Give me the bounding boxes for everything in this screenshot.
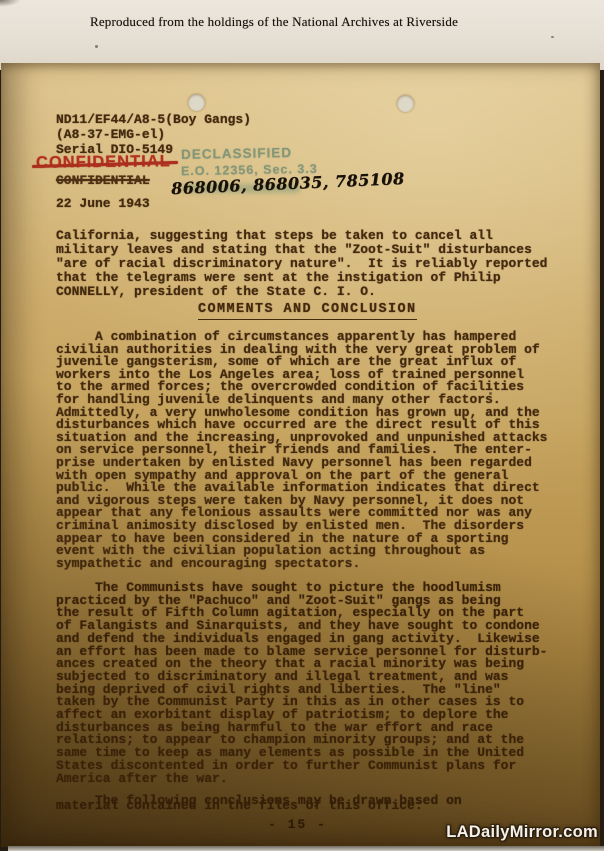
- declassified-stamp-line1: DECLASSIFIED: [181, 145, 292, 162]
- photo-corner-shadow: [0, 0, 46, 9]
- paper-speck: [208, 726, 211, 729]
- paragraph-1: California, suggesting that steps be tak…: [56, 229, 547, 299]
- photo-edge-bottom: [8, 846, 604, 851]
- paper-speck: [95, 45, 98, 48]
- page-number: - 15 -: [268, 817, 327, 832]
- backing-sheet: [0, 0, 604, 70]
- watermark: LADailyMirror.com: [446, 823, 598, 842]
- overlap-line-b: material contained in the files of this …: [56, 798, 423, 813]
- paper-speck: [489, 392, 492, 395]
- document-date: 22 June 1943: [56, 196, 150, 211]
- paragraph-3: The Communists have sought to picture th…: [56, 582, 547, 785]
- punch-hole-left: [188, 94, 205, 111]
- paragraph-2: A combination of circumstances apparentl…: [56, 331, 547, 570]
- section-heading: COMMENTS AND CONCLUSION: [198, 302, 417, 320]
- paper-speck: [551, 36, 554, 38]
- confidential-typed: CONFIDENTIAL: [56, 173, 150, 188]
- archive-caption: Reproduced from the holdings of the Nati…: [0, 14, 548, 30]
- punch-hole-right: [397, 95, 414, 112]
- photo-frame: Reproduced from the holdings of the Nati…: [0, 0, 604, 851]
